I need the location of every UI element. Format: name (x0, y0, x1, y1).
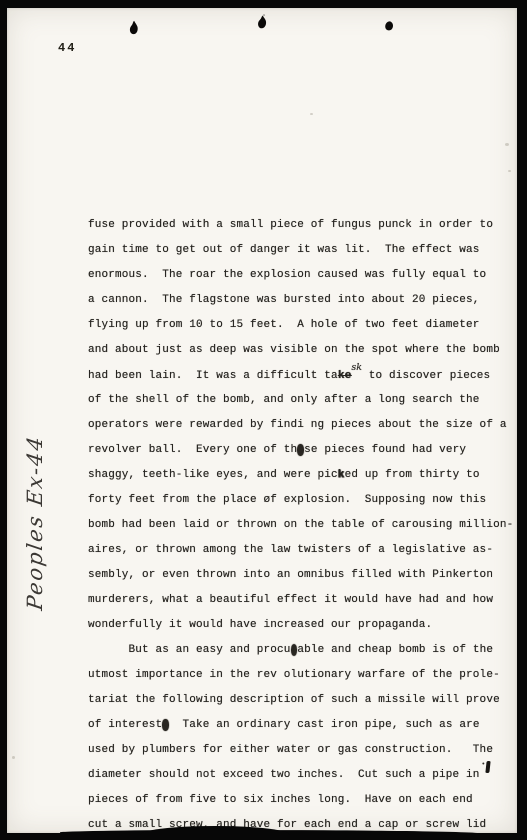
text-line: enormous. The roar the explosion caused … (88, 263, 510, 288)
text-line: gain time to get out of danger it was li… (88, 238, 510, 263)
text-segment: operators were rewarded by findi ng piec… (88, 419, 507, 431)
text-segment: fuse provided with a small piece of fung… (88, 219, 493, 231)
text-line: operators were rewarded by findi ng piec… (88, 413, 510, 438)
text-segment: able and cheap bomb is of the (297, 644, 493, 656)
ink-blot-icon (128, 20, 141, 37)
text-line: aires, or thrown among the law twisters … (88, 538, 510, 563)
text-segment: enormous. The roar the explosion caused … (88, 269, 486, 281)
text-line: fuse provided with a small piece of fung… (88, 213, 510, 238)
text-segment: ed up from thirty to (345, 469, 480, 481)
exhibit-label-text: Peoples Ex-44 (23, 434, 47, 612)
text-segment: pieces of from five to six inches long. … (88, 794, 473, 806)
page-number: 44 (58, 41, 76, 55)
handwritten-exhibit-label: Peoples Ex-44 (23, 433, 63, 613)
text-segment: a cannon. The flagstone was bursted into… (88, 294, 480, 306)
text-line: shaggy, teeth-like eyes, and were picked… (88, 463, 510, 488)
text-line: of the shell of the bomb, and only after… (88, 388, 510, 413)
text-segment: forty feet from the place øf explosion. … (88, 494, 486, 506)
text-segment: flying up from 10 to 15 feet. A hole of … (88, 319, 480, 331)
text-line: sembly, or even thrown into an omnibus f… (88, 563, 510, 588)
text-segment: had been lain. It was a difficult ta (88, 370, 338, 382)
paper-speck (505, 143, 509, 146)
text-segment: wonderfully it would have increased our … (88, 619, 432, 631)
paper-sheet: 44 fuse provided with a small piece of f… (7, 8, 517, 833)
text-segment: diameter should not exceed two inches. C… (88, 769, 480, 781)
text-segment: sk (351, 362, 362, 373)
text-line: bomb had been laid or thrown on the tabl… (88, 513, 510, 538)
text-segment: sembly, or even thrown into an omnibus f… (88, 569, 493, 581)
text-segment: Take an ordinary cast iron pipe, such as… (169, 719, 480, 731)
scanned-document-page: { "page": { "number": "44" }, "marginali… (0, 0, 527, 840)
text-segment: and about just as deep was visible on th… (88, 344, 500, 356)
text-line: murderers, what a beautiful effect it wo… (88, 588, 510, 613)
text-segment: utmost importance in the rev olutionary … (88, 669, 500, 681)
ink-blot-icon (383, 19, 396, 36)
text-segment: se pieces found had very (304, 444, 466, 456)
text-line: flying up from 10 to 15 feet. A hole of … (88, 313, 510, 338)
text-segment: of interest (88, 719, 162, 731)
text-line: and about just as deep was visible on th… (88, 338, 510, 363)
text-line: used by plumbers for either water or gas… (88, 738, 510, 763)
typewritten-text-block: fuse provided with a small piece of fung… (88, 213, 510, 838)
text-segment: used by plumbers for either water or gas… (88, 744, 493, 756)
ink-blot-icon (256, 14, 269, 31)
text-line: of interestG Take an ordinary cast iron … (88, 713, 510, 738)
text-line: revolver ball. Every one of those pieces… (88, 438, 510, 463)
text-line: utmost importance in the rev olutionary … (88, 663, 510, 688)
text-line: a cannon. The flagstone was bursted into… (88, 288, 510, 313)
text-line: tariat the following description of such… (88, 688, 510, 713)
paper-speck (508, 170, 511, 172)
text-segment: k (338, 469, 345, 481)
text-segment: revolver ball. Every one of th (88, 444, 297, 456)
text-line: wonderfully it would have increased our … (88, 613, 510, 638)
text-segment: bomb had been laid or thrown on the tabl… (88, 519, 513, 531)
text-line: But as an easy and procurable and cheap … (88, 638, 510, 663)
text-line: pieces of from five to six inches long. … (88, 788, 510, 813)
text-line: diameter should not exceed two inches. C… (88, 763, 510, 788)
paper-speck (310, 113, 313, 115)
text-segment: ke (338, 370, 352, 382)
text-line: forty feet from the place øf explosion. … (88, 488, 510, 513)
text-segment: shaggy, teeth-like eyes, and were pic (88, 469, 338, 481)
text-segment: of the shell of the bomb, and only after… (88, 394, 480, 406)
text-segment: to discover pieces (362, 370, 490, 382)
text-line: had been lain. It was a difficult takesk… (88, 363, 510, 388)
paper-speck (12, 756, 15, 759)
text-segment: But as an easy and procu (88, 644, 291, 656)
text-segment: murderers, what a beautiful effect it wo… (88, 594, 493, 606)
text-segment: aires, or thrown among the law twisters … (88, 544, 493, 556)
text-segment: tariat the following description of such… (88, 694, 500, 706)
text-segment: gain time to get out of danger it was li… (88, 244, 480, 256)
